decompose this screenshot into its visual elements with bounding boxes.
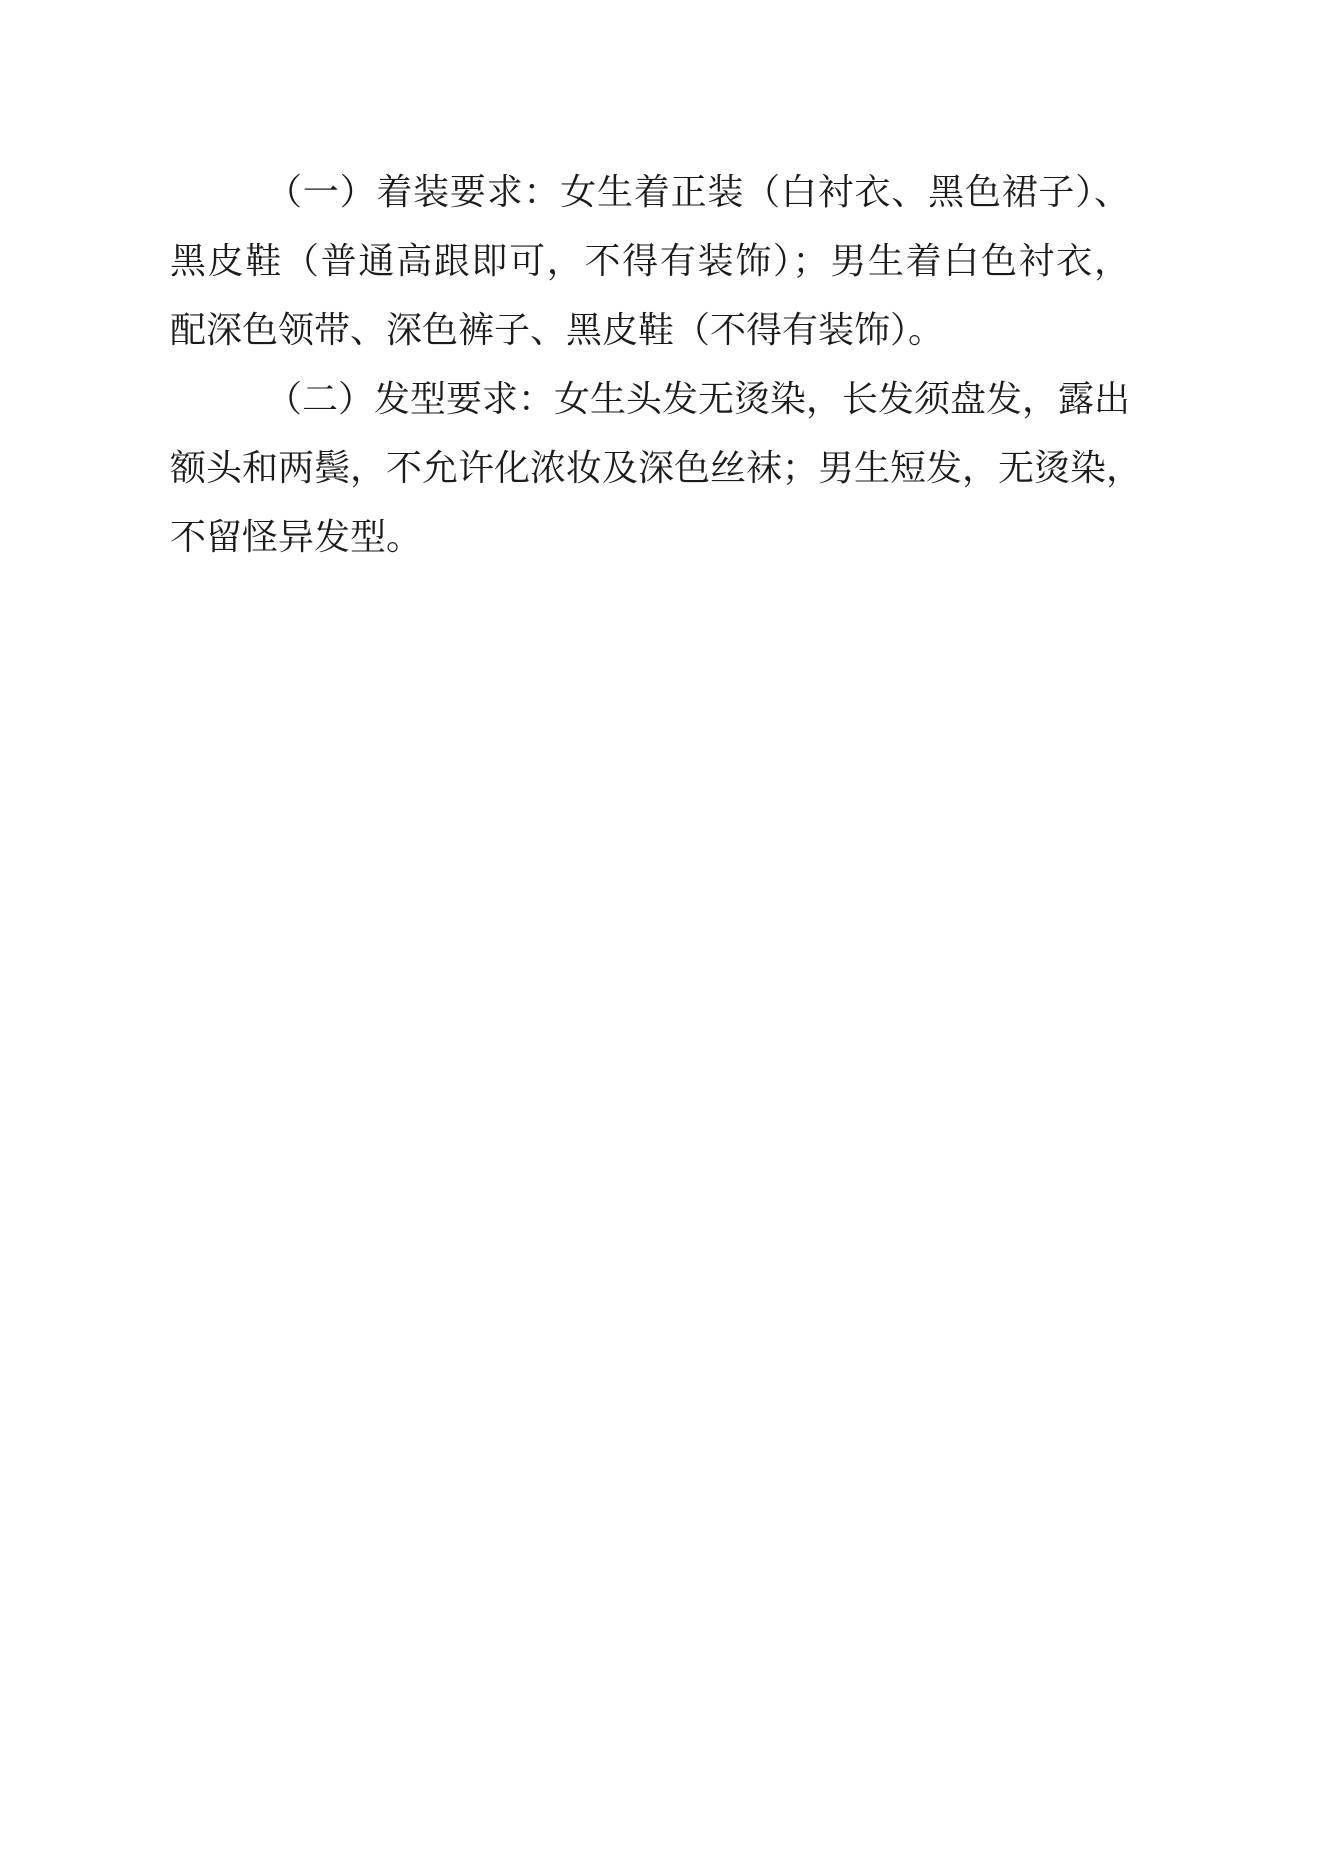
- paragraph-1-line-1: （一）着装要求：女生着正装（白衬衣、黑色裙子）、: [170, 158, 1130, 227]
- document-text-block: （一）着装要求：女生着正装（白衬衣、黑色裙子）、 黑皮鞋（普通高跟即可，不得有装…: [170, 158, 1130, 572]
- paragraph-2-line-1: （二）发型要求：女生头发无烫染，长发须盘发，露出: [170, 365, 1130, 434]
- paragraph-1-line-2: 黑皮鞋（普通高跟即可，不得有装饰）；男生着白色衬衣，: [170, 227, 1130, 296]
- paragraph-1-line-3: 配深色领带、深色裤子、黑皮鞋（不得有装饰）。: [170, 296, 1130, 365]
- document-page: （一）着装要求：女生着正装（白衬衣、黑色裙子）、 黑皮鞋（普通高跟即可，不得有装…: [0, 0, 1323, 1871]
- paragraph-2-line-2: 额头和两鬓，不允许化浓妆及深色丝袜；男生短发，无烫染，: [170, 434, 1130, 503]
- paragraph-2-line-3: 不留怪异发型。: [170, 503, 1130, 572]
